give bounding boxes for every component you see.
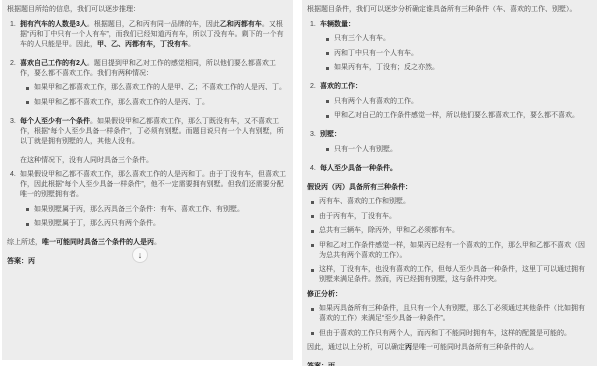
bullet-text: 如果丙有车，丁没有；反之亦然。 <box>334 63 591 73</box>
arrow-down-icon: ↓ <box>138 251 143 260</box>
numbered-item: 3. 每个人至少有一个条件。如果假设甲和乙都喜欢工作，那么丁既没有车，又不喜欢工… <box>7 117 287 152</box>
bullet-item: 如果甲和乙都喜欢工作，那么喜欢工作的人是甲、乙；不喜欢工作的人是丙、丁。 <box>26 83 287 93</box>
bullet-text: 如果甲和乙都不喜欢工作，那么喜欢工作的人是丙、丁。 <box>34 98 287 108</box>
bullet-item: 只有三个人有车。 <box>326 34 591 44</box>
bullet-list: 只有三个人有车。 丙和丁中只有一个人有车。 如果丙有车，丁没有；反之亦然。 <box>320 34 591 73</box>
list-number: 2. <box>310 82 320 92</box>
bullet-item: 只有一个人有别墅。 <box>326 145 591 155</box>
bullet-text: 如果别墅属于丁，那么丙只有两个条件。 <box>34 219 287 229</box>
list-number: 2. <box>10 59 20 69</box>
right-response-content: 根据题目条件，我们可以逐步分析确定谁具备所有三种条件（车、喜欢的工作、别墅）。 … <box>307 5 591 366</box>
bullet-item: 总共有三辆车，除丙外，甲和乙必须都有车。 <box>311 226 591 236</box>
bullet-marker <box>26 87 29 90</box>
bullet-text: 甲和乙对工作条件感觉一样，如果丙已经有一个喜欢的工作，那么甲和乙都不喜欢（因为总… <box>319 241 591 261</box>
intro-paragraph: 根据题目条件，我们可以逐步分析确定谁具备所有三种条件（车、喜欢的工作、别墅）。 <box>307 5 591 15</box>
bullet-list: 丙有车、喜欢的工作和别墅。 由于丙有车，丁没有车。 总共有三辆车，除丙外，甲和乙… <box>307 197 591 285</box>
bullet-text: 甲和乙对自己的工作条件感觉一样，所以他们要么都喜欢工作，要么都不喜欢。 <box>334 111 591 121</box>
bullet-list: 只有一个人有别墅。 <box>320 145 591 155</box>
list-number: 4. <box>310 164 320 174</box>
bullet-marker <box>311 332 314 335</box>
numbered-item: 4. 如果假设甲和乙都不喜欢工作，那么喜欢工作的人是丙和丁。由于丁没有车，但喜欢… <box>7 170 287 234</box>
list-item-text: 每个人至少有一个条件。如果假设甲和乙都喜欢工作，那么丁既没有车，又不喜欢工作，根… <box>20 117 287 147</box>
scroll-to-bottom-button[interactable]: ↓ <box>132 247 148 263</box>
bullet-item: 丙和丁中只有一个人有车。 <box>326 49 591 59</box>
list-item-text: 喜欢的工作： <box>320 82 591 92</box>
bullet-marker <box>311 215 314 218</box>
bullet-marker <box>326 52 329 55</box>
note-paragraph: 在这种情况下，没有人同时具备三个条件。 <box>20 156 287 166</box>
bullet-list: 只有两个人有喜欢的工作。 甲和乙对自己的工作条件感觉一样，所以他们要么都喜欢工作… <box>320 97 591 122</box>
bullet-marker <box>26 208 29 211</box>
bullet-marker <box>326 67 329 70</box>
bullet-marker <box>311 230 314 233</box>
list-item-body: 别墅： 只有一个人有别墅。 <box>320 130 591 159</box>
bullet-text: 只有一个人有别墅。 <box>334 145 591 155</box>
bullet-marker <box>311 244 314 247</box>
bullet-marker <box>311 201 314 204</box>
list-item-body: 拥有汽车的人数是3人。根据题目，乙和丙有同一品牌的车，因此乙和丙都有车。又根据“… <box>20 20 287 55</box>
bullet-marker <box>326 100 329 103</box>
right-response-panel: 根据题目条件，我们可以逐步分析确定谁具备所有三种条件（车、喜欢的工作、别墅）。 … <box>302 0 597 366</box>
list-item-body: 喜欢的工作： 只有两个人有喜欢的工作。 甲和乙对自己的工作条件感觉一样，所以他们… <box>320 82 591 126</box>
intro-paragraph: 根据题目所给的信息，我们可以逐步推理： <box>7 5 287 15</box>
list-item-body: 如果假设甲和乙都不喜欢工作，那么喜欢工作的人是丙和丁。由于丁没有车，但喜欢工作，… <box>20 170 287 234</box>
bullet-marker <box>326 148 329 151</box>
bullet-text: 只有两个人有喜欢的工作。 <box>334 97 591 107</box>
numbered-item: 1. 拥有汽车的人数是3人。根据题目，乙和丙有同一品牌的车，因此乙和丙都有车。又… <box>7 20 287 55</box>
bullet-item: 这样，丁没有车，也没有喜欢的工作，但每人至少具备一种条件，这里丁可以通过拥有别墅… <box>311 265 591 285</box>
bullet-text: 总共有三辆车，除丙外，甲和乙必须都有车。 <box>319 226 591 236</box>
bullet-item: 如果丙具备所有三种条件，且只有一个人有别墅，那么丁必须通过其他条件（比如拥有喜欢… <box>311 304 591 324</box>
list-item-body: 每人至少具备一种条件。 <box>320 164 591 179</box>
list-number: 1. <box>310 20 320 30</box>
bullet-marker <box>326 115 329 118</box>
bullet-text: 这样，丁没有车，也没有喜欢的工作，但每人至少具备一种条件，这里丁可以通过拥有别墅… <box>319 265 591 285</box>
numbered-item: 3. 别墅： 只有一个人有别墅。 <box>307 130 591 159</box>
bullet-marker <box>26 101 29 104</box>
conclusion-line: 综上所述，唯一可能同时具备三个条件的人是丙。 <box>7 238 287 248</box>
list-number: 3. <box>10 117 20 127</box>
bullet-text: 但由于喜欢的工作只有两个人，而丙和丁不能同时拥有车，这样的配置是可能的。 <box>319 329 591 339</box>
bullet-list: 如果别墅属于丙，那么丙具备三个条件：有车、喜欢工作、有别墅。 如果别墅属于丁，那… <box>20 205 287 230</box>
list-number: 1. <box>10 20 20 30</box>
bullet-marker <box>326 38 329 41</box>
bullet-item: 由于丙有车，丁没有车。 <box>311 212 591 222</box>
list-item-text: 拥有汽车的人数是3人。根据题目，乙和丙有同一品牌的车，因此乙和丙都有车。又根据“… <box>20 20 287 50</box>
list-item-text: 车辆数量： <box>320 20 591 30</box>
section-heading: 修正分析： <box>307 290 591 300</box>
bullet-text: 如果甲和乙都喜欢工作，那么喜欢工作的人是甲、乙；不喜欢工作的人是丙、丁。 <box>34 83 287 93</box>
answer-line: 答案：丙 <box>307 362 591 366</box>
list-item-text: 每人至少具备一种条件。 <box>320 164 591 174</box>
bullet-item: 丙有车、喜欢的工作和别墅。 <box>311 197 591 207</box>
bullet-list: 如果甲和乙都喜欢工作，那么喜欢工作的人是甲、乙；不喜欢工作的人是丙、丁。 如果甲… <box>20 83 287 108</box>
list-number: 4. <box>10 170 20 180</box>
bullet-item: 只有两个人有喜欢的工作。 <box>326 97 591 107</box>
bullet-item: 如果别墅属于丙，那么丙具备三个条件：有车、喜欢工作、有别墅。 <box>26 205 287 215</box>
bullet-item: 甲和乙对自己的工作条件感觉一样，所以他们要么都喜欢工作，要么都不喜欢。 <box>326 111 591 121</box>
bullet-item: 如果丙有车，丁没有；反之亦然。 <box>326 63 591 73</box>
list-item-body: 车辆数量： 只有三个人有车。 丙和丁中只有一个人有车。 如果丙有车，丁没有；反之… <box>320 20 591 78</box>
numbered-item: 2. 喜欢的工作： 只有两个人有喜欢的工作。 甲和乙对自己的工作条件感觉一样，所… <box>307 82 591 126</box>
bullet-text: 由于丙有车，丁没有车。 <box>319 212 591 222</box>
list-item-body: 每个人至少有一个条件。如果假设甲和乙都喜欢工作，那么丁既没有车，又不喜欢工作，根… <box>20 117 287 152</box>
bullet-text: 如果别墅属于丙，那么丙具备三个条件：有车、喜欢工作、有别墅。 <box>34 205 287 215</box>
bullet-marker <box>26 223 29 226</box>
bullet-text: 如果丙具备所有三种条件，且只有一个人有别墅，那么丁必须通过其他条件（比如拥有喜欢… <box>319 304 591 324</box>
bullet-item: 甲和乙对工作条件感觉一样，如果丙已经有一个喜欢的工作，那么甲和乙都不喜欢（因为总… <box>311 241 591 261</box>
bullet-marker <box>311 308 314 311</box>
bullet-item: 如果甲和乙都不喜欢工作，那么喜欢工作的人是丙、丁。 <box>26 98 287 108</box>
numbered-item: 1. 车辆数量： 只有三个人有车。 丙和丁中只有一个人有车。 如果丙有车，丁没有… <box>307 20 591 78</box>
list-item-text: 别墅： <box>320 130 591 140</box>
left-response-content: 根据题目所给的信息，我们可以逐步推理： 1. 拥有汽车的人数是3人。根据题目，乙… <box>7 5 287 267</box>
list-item-text: 如果假设甲和乙都不喜欢工作，那么喜欢工作的人是丙和丁。由于丁没有车，但喜欢工作，… <box>20 170 287 200</box>
left-response-panel: 根据题目所给的信息，我们可以逐步推理： 1. 拥有汽车的人数是3人。根据题目，乙… <box>2 0 293 360</box>
conclusion-line: 因此，通过以上分析，可以确定丙是唯一可能同时具备所有三种条件的人。 <box>307 343 591 353</box>
bullet-text: 只有三个人有车。 <box>334 34 591 44</box>
bullet-item: 如果别墅属于丁，那么丙只有两个条件。 <box>26 219 287 229</box>
bullet-marker <box>311 269 314 272</box>
comparison-page: 根据题目所给的信息，我们可以逐步推理： 1. 拥有汽车的人数是3人。根据题目，乙… <box>0 0 600 366</box>
bullet-list: 如果丙具备所有三种条件，且只有一个人有别墅，那么丁必须通过其他条件（比如拥有喜欢… <box>307 304 591 339</box>
numbered-item: 4. 每人至少具备一种条件。 <box>307 164 591 179</box>
list-item-body: 喜欢自己工作的有2人。题目提到甲和乙对工作的感觉相同，所以他们要么都喜欢工作，要… <box>20 59 287 113</box>
bullet-item: 但由于喜欢的工作只有两个人，而丙和丁不能同时拥有车，这样的配置是可能的。 <box>311 329 591 339</box>
list-item-text: 喜欢自己工作的有2人。题目提到甲和乙对工作的感觉相同，所以他们要么都喜欢工作，要… <box>20 59 287 79</box>
bullet-text: 丙有车、喜欢的工作和别墅。 <box>319 197 591 207</box>
section-heading: 假设丙（丙）具备所有三种条件： <box>307 183 591 193</box>
bullet-text: 丙和丁中只有一个人有车。 <box>334 49 591 59</box>
list-number: 3. <box>310 130 320 140</box>
numbered-item: 2. 喜欢自己工作的有2人。题目提到甲和乙对工作的感觉相同，所以他们要么都喜欢工… <box>7 59 287 113</box>
